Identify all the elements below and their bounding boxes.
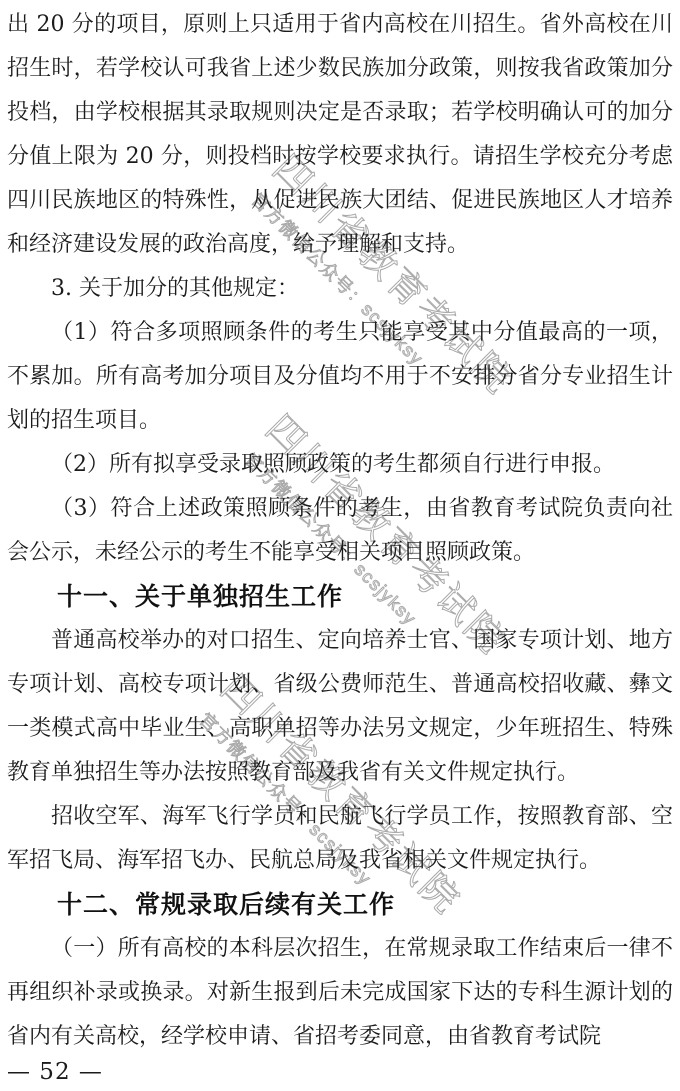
paragraph: （一）所有高校的本科层次招生，在常规录取工作结束后一律不再组织补录或换录。对新生… <box>7 927 673 1059</box>
paragraph: （3）符合上述政策照顾条件的考生，由省教育考试院负责向社会公示，未经公示的考生不… <box>7 487 673 575</box>
paragraph: 3. 关于加分的其他规定： <box>7 267 673 311</box>
section-heading: 十一、关于单独招生工作 <box>7 575 673 619</box>
paragraph: 出 20 分的项目，原则上只适用于省内高校在川招生。省外高校在川招生时，若学校认… <box>7 3 673 267</box>
document-body: 出 20 分的项目，原则上只适用于省内高校在川招生。省外高校在川招生时，若学校认… <box>0 0 680 1059</box>
paragraph: （1）符合多项照顾条件的考生只能享受其中分值最高的一项，不累加。所有高考加分项目… <box>7 311 673 443</box>
document-page: 四川省教育考试院 官方微信公众号：scsjyksy 四川省教育考试院 官方微信公… <box>0 0 680 1091</box>
paragraph: 普通高校举办的对口招生、定向培养士官、国家专项计划、地方专项计划、高校专项计划、… <box>7 619 673 795</box>
paragraph: （2）所有拟享受录取照顾政策的考生都须自行进行申报。 <box>7 443 673 487</box>
paragraph: 招收空军、海军飞行学员和民航飞行学员工作，按照教育部、空军招飞局、海军招飞办、民… <box>7 795 673 883</box>
page-number: — 52 — <box>7 1059 103 1085</box>
section-heading: 十二、常规录取后续有关工作 <box>7 883 673 927</box>
